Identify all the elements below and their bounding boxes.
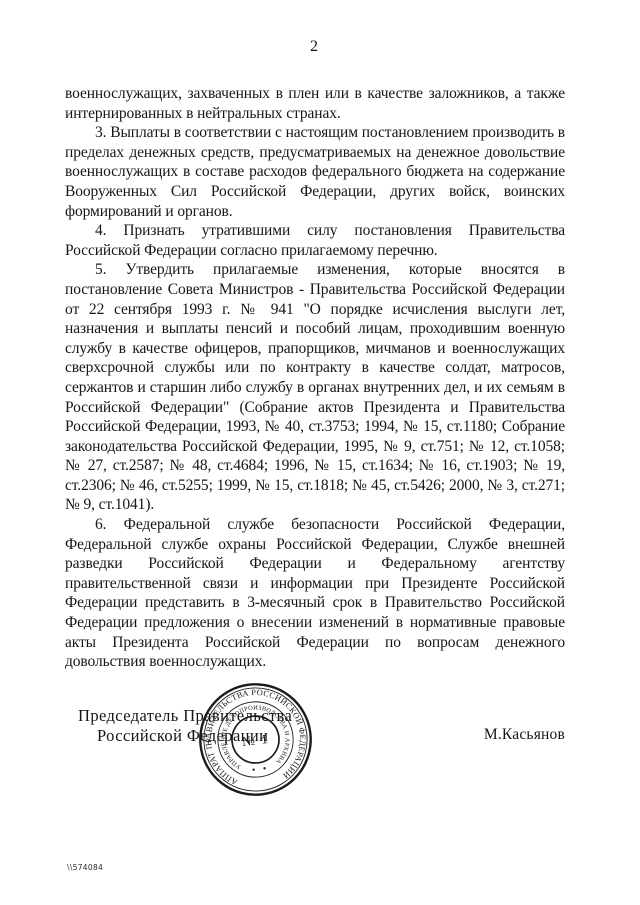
paragraph-item-5: 5. Утвердить прилагаемые изменения, кото… [65,260,565,515]
official-round-stamp-icon: АППАРАТ ПРАВИТЕЛЬСТВА РОССИЙСКОЙ ФЕДЕРАЦ… [197,681,314,798]
paragraph-continuation: военнослужащих, захваченных в плен или в… [65,84,565,123]
paragraph-item-6: 6. Федеральной службе безопасности Росси… [65,515,565,672]
signature-block: Председатель Правительства Российской Фе… [65,706,565,745]
document-page: 2 военнослужащих, захваченных в плен или… [0,0,640,905]
signer-name: М.Касьянов [484,725,565,746]
paragraph-item-4: 4. Признать утратившими силу постановлен… [65,221,565,260]
stamp-separator-dot [263,767,266,770]
stamp-number: № 1 [241,731,270,749]
footer-code: \\574084 [67,863,103,872]
document-body: военнослужащих, захваченных в плен или в… [65,84,565,672]
stamp-separator-dot [252,768,255,771]
paragraph-item-3: 3. Выплаты в соответствии с настоящим по… [65,123,565,221]
page-number: 2 [65,38,563,56]
